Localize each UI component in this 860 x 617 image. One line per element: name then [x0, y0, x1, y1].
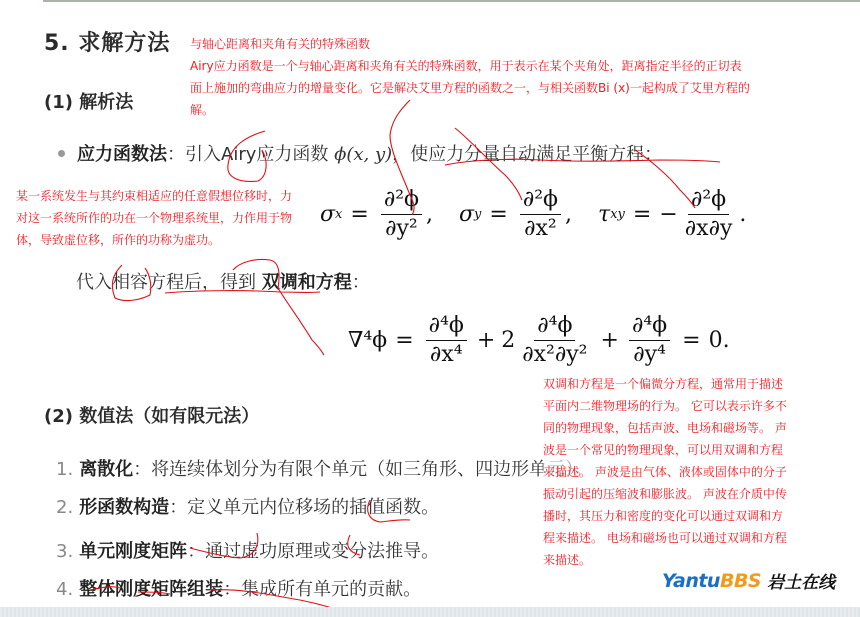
step-item: 2.形函数构造：定义单元内位移场的插值函数。 [56, 493, 439, 519]
airy-annotation-line: Airy应力函数是一个与轴心距离和夹角有关的特殊函数，用于表示在某个夹角处，距离… [190, 55, 750, 77]
bullet-text: 引入Airy应力函数 [185, 144, 334, 165]
step-item: 1.离散化：将连续体划分为有限个单元（如三角形、四边形单元）。 [56, 455, 592, 481]
virtual-work-annotation: 某一系统发生与其约束相适应的任意假想位移时，力 对这一系统所作的功在一个物理系统… [16, 185, 292, 251]
colon: ： [167, 144, 185, 165]
logo-bbs: BBS [720, 570, 761, 592]
biharmonic-note-line: 来描述。 声波是由气体、液体或固体中的分子 [543, 461, 787, 483]
stress-function-bullet: 应力函数法：引入Airy应力函数 ϕ(x, y)，使应力分量自动满足平衡方程： [58, 140, 662, 166]
fraction: ∂⁴ϕ∂x²∂y² [519, 312, 590, 369]
logo-chinese: 岩土在线 [767, 568, 835, 593]
airy-annotation-line: 解。 [190, 99, 750, 121]
biharmonic-note-line: 振动引起的压缩波和膨胀波。 声波在介质中传 [543, 483, 787, 505]
subscript: y [474, 207, 481, 222]
biharmonic-note-line: 程来描述。 电场和磁场也可以通过双调和方程 [543, 527, 787, 549]
denominator: ∂x∂y [682, 215, 736, 243]
tau-symbol: τ [598, 202, 610, 227]
numerator: ∂⁴ϕ [426, 312, 467, 341]
denominator: ∂x² [521, 215, 560, 243]
tau-xy-eq: τxy =− ∂²ϕ∂x∂y. [598, 186, 746, 243]
rhs-zero: 0. [709, 328, 730, 353]
separator: . [739, 202, 746, 227]
denominator: ∂y⁴ [630, 341, 669, 369]
numerator: ∂²ϕ [381, 186, 422, 215]
step-number: 4. [56, 579, 73, 600]
biharmonic-note-line: 双调和方程是一个偏微分方程，通常用于描述 [543, 373, 787, 395]
colon: ： [352, 272, 370, 293]
denominator: ∂y² [382, 215, 421, 243]
sigma-symbol: σ [320, 202, 335, 227]
bullet-term: 应力函数法 [77, 144, 167, 165]
fraction: ∂²ϕ∂x∂y [682, 186, 736, 243]
airy-annotation-title: 与轴心距离和夹角有关的特殊函数 [190, 33, 750, 55]
numerical-method-heading: (2) 数值法（如有限元法） [44, 402, 259, 428]
virtual-work-line: 体，导致虚位移，所作的功称为虚功。 [16, 229, 292, 251]
separator: , [565, 202, 572, 227]
section-title: 5. 求解方法 [44, 26, 170, 57]
step-term: 离散化 [79, 459, 133, 480]
numerator: ∂⁴ϕ [534, 312, 575, 341]
biharmonic-term: 双调和方程 [262, 272, 352, 293]
nabla4-phi: ∇⁴ϕ [348, 328, 387, 353]
step-text: ：通过虚功原理或变分法推导。 [187, 541, 439, 562]
numerator: ∂²ϕ [520, 186, 561, 215]
phi-symbol: ϕ(x, y) [334, 144, 392, 165]
bullet-text-after: ，使应力分量自动满足平衡方程： [392, 144, 662, 165]
biharmonic-note-line: 播时，其压力和密度的变化可以通过双调和方 [543, 505, 787, 527]
step-text: ：定义单元内位移场的插值函数。 [169, 497, 439, 518]
fraction: ∂⁴ϕ∂y⁴ [629, 312, 670, 369]
step-number: 2. [56, 497, 73, 518]
step-text: ：集成所有单元的贡献。 [223, 579, 421, 600]
logo-yantu: Yantu [662, 570, 720, 592]
stress-equations: σx = ∂²ϕ∂y², σy = ∂²ϕ∂x², τxy =− ∂²ϕ∂x∂y… [320, 186, 746, 243]
sigma-symbol: σ [459, 202, 474, 227]
top-divider [43, 0, 860, 2]
fraction: ∂²ϕ∂y² [381, 186, 422, 243]
yantu-bbs-logo: YantuBBS岩土在线 [662, 568, 835, 593]
step-term: 整体刚度矩阵组装 [79, 579, 223, 600]
step-number: 1. [56, 459, 73, 480]
biharmonic-annotation: 双调和方程是一个偏微分方程，通常用于描述 平面内二维物理场的行为。 它可以表示许… [543, 373, 787, 571]
biharmonic-note-line: 波是一个常见的物理现象，可以用双调和方程 [543, 439, 787, 461]
numerator: ∂²ϕ [688, 186, 729, 215]
compatibility-line: 代入相容方程后，得到 双调和方程： [76, 268, 370, 294]
fraction: ∂⁴ϕ∂x⁴ [426, 312, 467, 369]
minus-sign: − [659, 202, 677, 227]
step-item: 3.单元刚度矩阵：通过虚功原理或变分法推导。 [56, 537, 439, 563]
step-term: 形函数构造 [79, 497, 169, 518]
subscript: x [335, 207, 342, 222]
subscript: xy [610, 207, 625, 222]
separator: , [426, 202, 433, 227]
step-item: 4.整体刚度矩阵组装：集成所有单元的贡献。 [56, 575, 421, 601]
analytic-method-heading: (1) 解析法 [44, 88, 133, 114]
step-number: 3. [56, 541, 73, 562]
step-text: ：将连续体划分为有限个单元（如三角形、四边形单元）。 [133, 459, 592, 480]
biharmonic-note-line: 平面内二维物理场的行为。 它可以表示许多不 [543, 395, 787, 417]
compat-text: 代入相容方程后，得到 [76, 272, 262, 293]
biharmonic-note-line: 同的物理现象，包括声波、电场和磁场等。 声 [543, 417, 787, 439]
denominator: ∂x²∂y² [519, 341, 590, 369]
airy-annotation-line: 面上施加的弯曲应力的增量变化。它是解决艾里方程的函数之一，与相关函数Bi (x)… [190, 77, 750, 99]
airy-annotation: 与轴心距离和夹角有关的特殊函数 Airy应力函数是一个与轴心距离和夹角有关的特殊… [190, 33, 750, 121]
virtual-work-line: 某一系统发生与其约束相适应的任意假想位移时，力 [16, 185, 292, 207]
biharmonic-equation: ∇⁴ϕ = ∂⁴ϕ∂x⁴ +2 ∂⁴ϕ∂x²∂y² + ∂⁴ϕ∂y⁴ =0. [348, 312, 730, 369]
sigma-y-eq: σy = ∂²ϕ∂x², [459, 186, 572, 243]
bullet-dot-icon [58, 150, 65, 157]
step-term: 单元刚度矩阵 [79, 541, 187, 562]
virtual-work-line: 对这一系统所作的功在一个物理系统里，力作用于物 [16, 207, 292, 229]
sigma-x-eq: σx = ∂²ϕ∂y², [320, 186, 433, 243]
coefficient: 2 [501, 328, 515, 353]
denominator: ∂x⁴ [427, 341, 466, 369]
numerator: ∂⁴ϕ [629, 312, 670, 341]
fraction: ∂²ϕ∂x² [520, 186, 561, 243]
bottom-divider [0, 607, 860, 617]
